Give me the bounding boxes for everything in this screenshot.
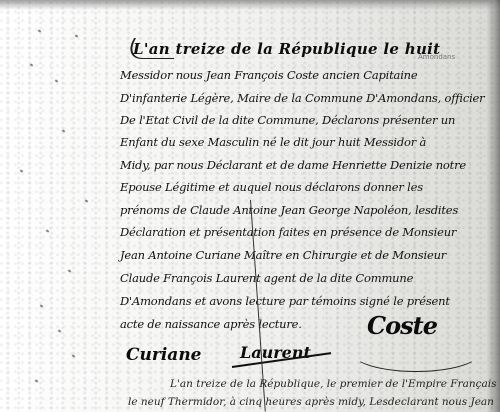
body-line-2: D'infanterie Légère, Maire de la Commune… xyxy=(120,91,484,105)
next-entry-line-2: le neuf Thermidor, à cinq heures après m… xyxy=(128,396,494,408)
body-line-6: Epouse Légitime et auquel nous déclarons… xyxy=(120,180,423,194)
body-line-9: Jean Antoine Curiane Maître en Chirurgie… xyxy=(120,248,446,262)
body-line-8: Déclaration et présentation faites en pr… xyxy=(120,225,456,239)
next-entry-line-1: L'an treize de la République, le premier… xyxy=(170,378,497,390)
left-margin-noise xyxy=(0,20,115,412)
entry-heading: L'an treize de la République le huit xyxy=(133,40,440,58)
scanned-page: L'an treize de la République le huit Amo… xyxy=(0,0,500,412)
body-line-11: D'Amondans et avons lecture par témoins … xyxy=(120,294,450,308)
body-line-12: acte de naissance après lecture. xyxy=(120,317,302,331)
page-binding-shadow xyxy=(486,0,500,412)
margin-stamp: Amondans xyxy=(418,53,455,61)
body-line-1: Messidor nous Jean François Coste ancien… xyxy=(120,68,418,82)
page-top-edge-shadow xyxy=(0,0,500,10)
body-line-5: Midy, par nous Déclarant et de dame Henr… xyxy=(120,158,466,172)
signature-flourish xyxy=(350,330,482,372)
body-line-7: prénoms de Claude Antoine Jean George Na… xyxy=(120,203,458,217)
body-line-3: De l'Etat Civil de la dite Commune, Décl… xyxy=(120,113,455,127)
signature-witness-1: Curiane xyxy=(126,345,202,365)
body-line-10: Claude François Laurent agent de la dite… xyxy=(120,271,413,285)
body-line-4: Enfant du sexe Masculin né le dit jour h… xyxy=(120,135,426,149)
